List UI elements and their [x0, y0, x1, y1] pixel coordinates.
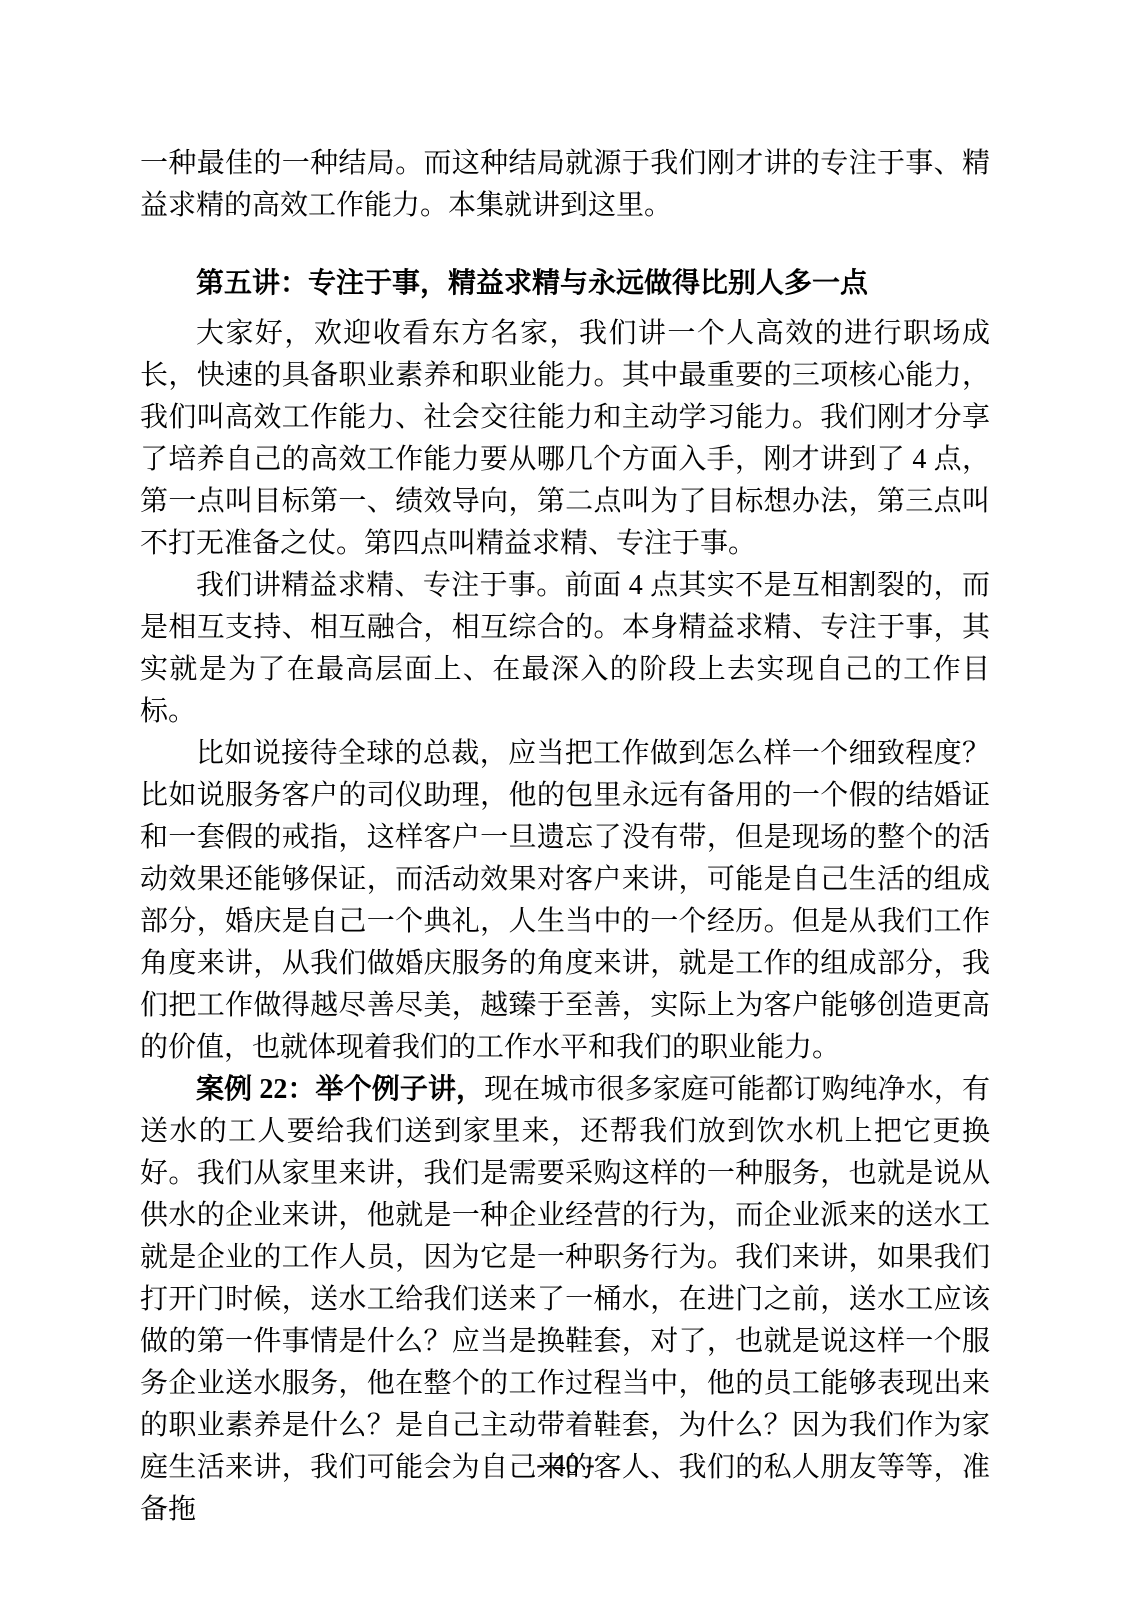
section-heading: 第五讲：专注于事，精益求精与永远做得比别人多一点: [140, 263, 990, 305]
paragraph-continuation: 一种最佳的一种结局。而这种结局就源于我们刚才讲的专注于事、精益求精的高效工作能力…: [140, 143, 990, 227]
paragraph-jingyiqiujing: 我们讲精益求精、专注于事。前面 4 点其实不是互相割裂的，而是相互支持、相互融合…: [140, 565, 990, 733]
paragraph-example-wedding: 比如说接待全球的总裁，应当把工作做到怎么样一个细致程度？比如说服务客户的司仪助理…: [140, 733, 990, 1069]
case-22-label: 案例 22：举个例子讲，: [196, 1074, 484, 1105]
paragraph-intro: 大家好，欢迎收看东方名家，我们讲一个人高效的进行职场成长，快速的具备职业素养和职…: [140, 313, 990, 565]
page-number: - 40 -: [0, 1448, 1131, 1480]
document-page: 一种最佳的一种结局。而这种结局就源于我们刚才讲的专注于事、精益求精的高效工作能力…: [0, 0, 1131, 1600]
page-content: 一种最佳的一种结局。而这种结局就源于我们刚才讲的专注于事、精益求精的高效工作能力…: [140, 143, 990, 1531]
